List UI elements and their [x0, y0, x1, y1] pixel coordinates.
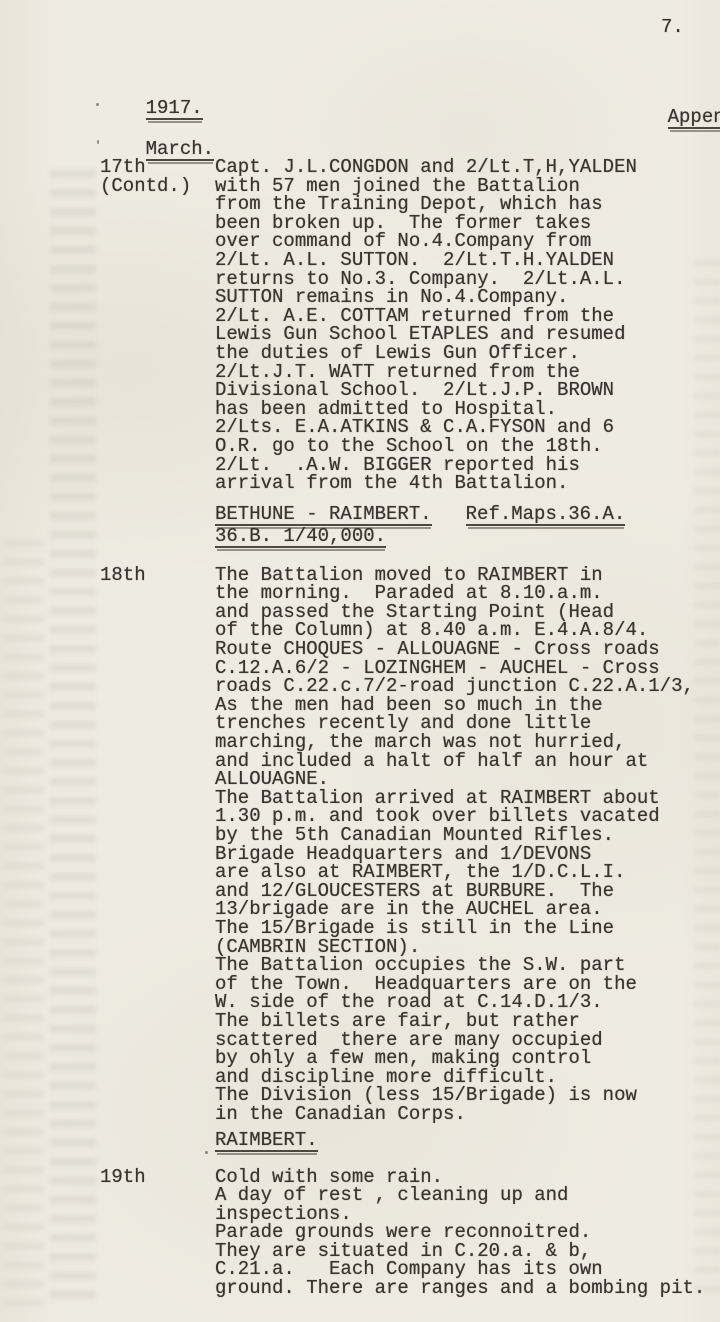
entry-text: Cold with some rain.A day of rest , clea… — [215, 1168, 720, 1298]
entry-date: 17th — [100, 158, 215, 177]
entry-date-column: 18th — [100, 566, 215, 585]
entry-text-line: Route CHOQUES - ALLOUAGNE - Cross roads — [215, 640, 720, 659]
entry-text-line: by ohly a few men, making control — [215, 1049, 720, 1068]
entry-text-line: Capt. J.L.CONGDON and 2/Lt.T,H,YALDEN — [215, 158, 720, 177]
underlined-heading-segment: BETHUNE - RAIMBERT. — [215, 505, 432, 527]
diary-page: 7. 1917. Appendix March. 17th(Contd.)Cap… — [0, 0, 720, 1322]
diary-entry: 17th(Contd.)Capt. J.L.CONGDON and 2/Lt.T… — [0, 158, 720, 493]
entry-date-column: 17th(Contd.) — [100, 158, 215, 195]
heading-line: BETHUNE - RAIMBERT.Ref.Maps.36.A. — [215, 505, 720, 527]
entry-date-column: 19th — [100, 1168, 215, 1187]
appendix-label: Appendix — [668, 108, 720, 130]
entry-date: 19th — [100, 1168, 215, 1187]
entry-text-line: arrival from the 4th Battalion. — [215, 474, 720, 493]
diary-entry: 19thCold with some rain.A day of rest , … — [0, 1168, 720, 1298]
entry-text-line: are also at RAIMBERT, the 1/D.C.L.I. — [215, 863, 720, 882]
entry-text-line: O.R. go to the School on the 18th. — [215, 437, 720, 456]
entry-text-line: marching, the march was not hurried, — [215, 733, 720, 752]
entry-date: 18th — [100, 566, 215, 585]
year-heading: 1917. — [146, 99, 203, 121]
ink-speck — [97, 140, 99, 144]
entry-text-line: by the 5th Canadian Mounted Rifles. — [215, 826, 720, 845]
entry-text-line: A day of rest , cleaning up and — [215, 1186, 720, 1205]
entry-text-line: ground. There are ranges and a bombing p… — [215, 1279, 720, 1298]
heading-text: BETHUNE - RAIMBERT.Ref.Maps.36.A.36.B. 1… — [215, 505, 720, 549]
ink-speck — [96, 103, 99, 106]
entry-text-line: from the Training Depot, which has — [215, 195, 720, 214]
entry-text-line: SUTTON remains in No.4.Company. — [215, 288, 720, 307]
entry-text-line: Divisional School. 2/Lt.J.P. BROWN — [215, 381, 720, 400]
entry-text-line: 2/Lt. A.L. SUTTON. 2/Lt.T.H.YALDEN — [215, 251, 720, 270]
entry-text-line: The 15/Brigade is still in the Line — [215, 919, 720, 938]
page-number: 7. — [661, 18, 684, 37]
underlined-heading-segment: 36.B. 1/40,000. — [215, 527, 386, 549]
entry-text-line: in the Canadian Corps. — [215, 1105, 720, 1124]
underlined-heading-segment: Ref.Maps.36.A. — [466, 505, 626, 527]
section-heading: RAIMBERT. — [0, 1131, 720, 1153]
entry-text-line: The Battalion occupies the S.W. part — [215, 956, 720, 975]
entry-text-line: The billets are fair, but rather — [215, 1012, 720, 1031]
heading-line: RAIMBERT. — [215, 1131, 720, 1153]
entry-date: (Contd.) — [100, 177, 215, 196]
entry-text: Capt. J.L.CONGDON and 2/Lt.T,H,YALDENwit… — [215, 158, 720, 493]
entry-text: The Battalion moved to RAIMBERT inthe mo… — [215, 566, 720, 1124]
diary-entry: 18thThe Battalion moved to RAIMBERT inth… — [0, 566, 720, 1124]
heading-text: RAIMBERT. — [215, 1131, 720, 1153]
entry-text-line: the duties of Lewis Gun Officer. — [215, 344, 720, 363]
section-heading: BETHUNE - RAIMBERT.Ref.Maps.36.A.36.B. 1… — [0, 505, 720, 549]
heading-line: 36.B. 1/40,000. — [215, 527, 720, 549]
diary-entries: 17th(Contd.)Capt. J.L.CONGDON and 2/Lt.T… — [0, 158, 720, 1298]
underlined-heading-segment: RAIMBERT. — [215, 1131, 318, 1153]
